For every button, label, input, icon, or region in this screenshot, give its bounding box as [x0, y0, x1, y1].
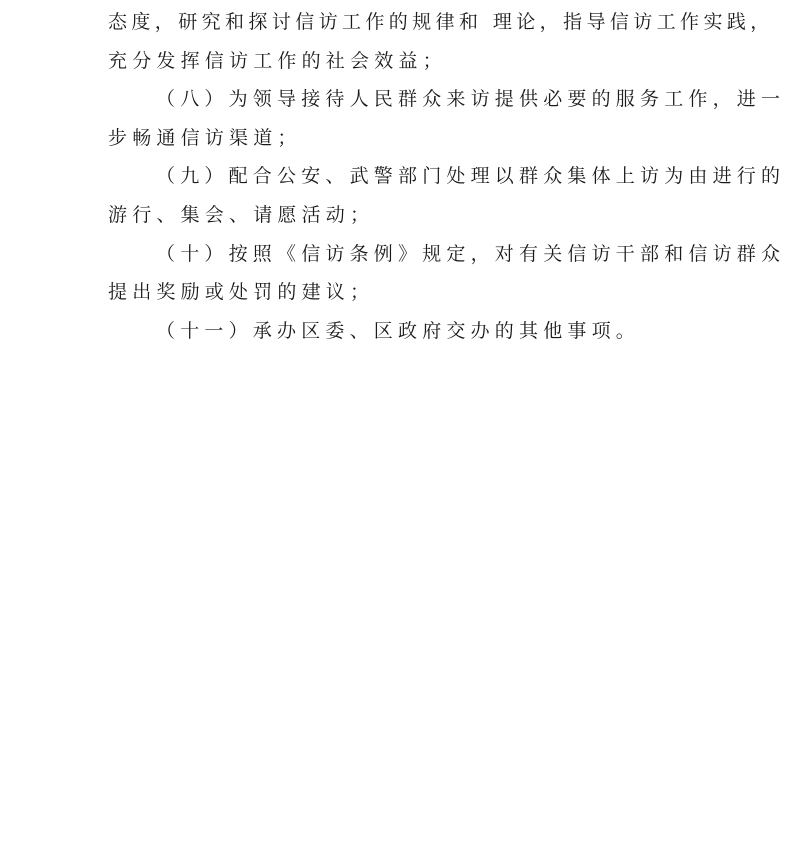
paragraph-7-line-3: 充分发挥信访工作的社会效益； [108, 42, 698, 81]
paragraph-10-line-1: （十）按照《信访条例》规定，对有关信访干部和信访群众 [108, 235, 698, 274]
paragraph-8-line-2: 步畅通信访渠道； [108, 119, 698, 158]
paragraph-10-line-2: 提出奖励或处罚的建议； [108, 273, 698, 312]
paragraph-9-line-1: （九）配合公安、武警部门处理以群众集体上访为由进行的 [108, 157, 698, 196]
paragraph-9-line-2: 游行、集会、请愿活动； [108, 196, 698, 235]
paragraph-8-line-1: （八）为领导接待人民群众来访提供必要的服务工作，进一 [108, 80, 698, 119]
paragraph-7-line-2: 态度，研究和探讨信访工作的规律和 理论，指导信访工作实践， [108, 3, 698, 42]
document-page: 态度，研究和探讨信访工作的规律和 理论，指导信访工作实践， 充分发挥信访工作的社… [108, 3, 698, 350]
paragraph-11-line-1: （十一）承办区委、区政府交办的其他事项。 [108, 312, 698, 351]
